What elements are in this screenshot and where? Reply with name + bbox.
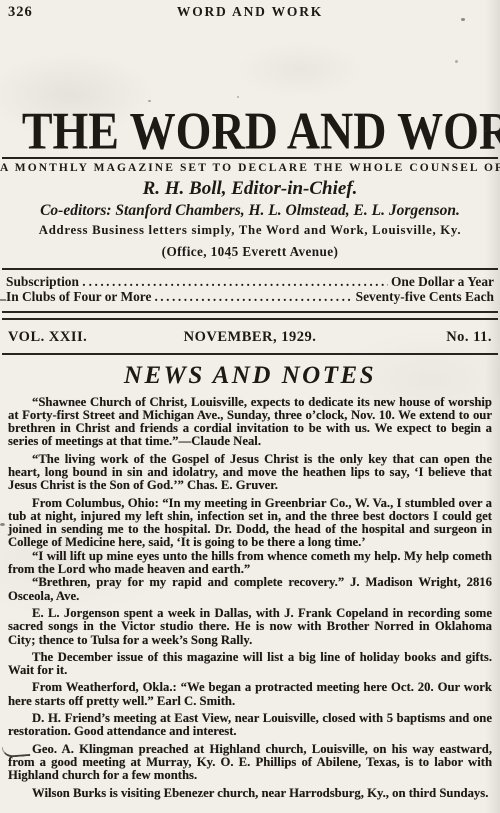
news-paragraph: From Columbus, Ohio: “In my meeting in G… xyxy=(8,497,492,550)
news-paragraph: “Brethren, pray for my rapid and complet… xyxy=(8,576,492,603)
masthead-title-rule: THE WORD AND WORK xyxy=(2,109,498,159)
news-paragraph: D. H. Friend’s meeting at East View, nea… xyxy=(8,712,492,739)
scan-speck xyxy=(237,96,239,98)
subscription-row: In Clubs of Four or More ...............… xyxy=(6,289,494,304)
page-number: 326 xyxy=(8,4,68,21)
news-paragraph: “Shawnee Church of Christ, Louisville, e… xyxy=(8,396,492,449)
subscription-label: In Clubs of Four or More xyxy=(6,289,151,304)
volume-label: VOL. XXII. xyxy=(8,329,184,346)
double-rule-top xyxy=(2,311,498,313)
running-head: 326 WORD AND WORK xyxy=(0,0,500,21)
scan-speck xyxy=(455,60,458,63)
news-and-notes-body: “Shawnee Church of Christ, Louisville, e… xyxy=(0,390,500,800)
dot-leader: ........................................… xyxy=(89,274,388,289)
issue-number: No. 11. xyxy=(316,329,492,346)
news-paragraph: The December issue of this magazine will… xyxy=(8,651,492,678)
news-paragraph: Geo. A. Klingman preached at Highland ch… xyxy=(8,743,492,783)
subscription-price: Seventy-five Cents Each xyxy=(356,289,494,304)
subscription-price: One Dollar a Year xyxy=(391,274,494,289)
news-paragraph: Wilson Burks is visiting Ebenezer church… xyxy=(8,787,492,800)
magazine-tagline: A MONTHLY MAGAZINE SET TO DECLARE THE WH… xyxy=(0,162,500,174)
address-line: Address Business letters simply, The Wor… xyxy=(0,223,500,238)
news-paragraph: From Weatherford, Okla.: “We began a pro… xyxy=(8,681,492,708)
running-head-spacer xyxy=(432,4,492,21)
subscription-block: Subscription . .........................… xyxy=(0,270,500,306)
subscription-row: Subscription . .........................… xyxy=(6,274,494,289)
section-title: NEWS AND NOTES xyxy=(0,362,500,390)
running-title: WORD AND WORK xyxy=(68,4,432,21)
editor-line: R. H. Boll, Editor-in-Chief. xyxy=(0,178,500,200)
magazine-title: THE WORD AND WORK xyxy=(22,106,478,155)
issue-info-row: VOL. XXII. NOVEMBER, 1929. No. 11. xyxy=(0,320,500,353)
news-paragraph: E. L. Jorgenson spent a week in Dallas, … xyxy=(8,607,492,647)
rule-below-issue-row xyxy=(2,353,498,355)
coeditors-line: Co-editors: Stanford Chambers, H. L. Olm… xyxy=(0,202,500,220)
news-paragraph: “I will lift up mine eyes unto the hills… xyxy=(8,550,492,577)
office-line: (Office, 1045 Everett Avenue) xyxy=(0,244,500,260)
dot-leader: ........................................… xyxy=(154,289,352,304)
news-paragraph: “The living work of the Gospel of Jesus … xyxy=(8,453,492,493)
magazine-page: 326 WORD AND WORK THE WORD AND WORK A MO… xyxy=(0,0,500,813)
issue-date: NOVEMBER, 1929. xyxy=(184,329,317,346)
subscription-label: Subscription . xyxy=(6,274,86,289)
masthead: THE WORD AND WORK A MONTHLY MAGAZINE SET… xyxy=(0,109,500,260)
